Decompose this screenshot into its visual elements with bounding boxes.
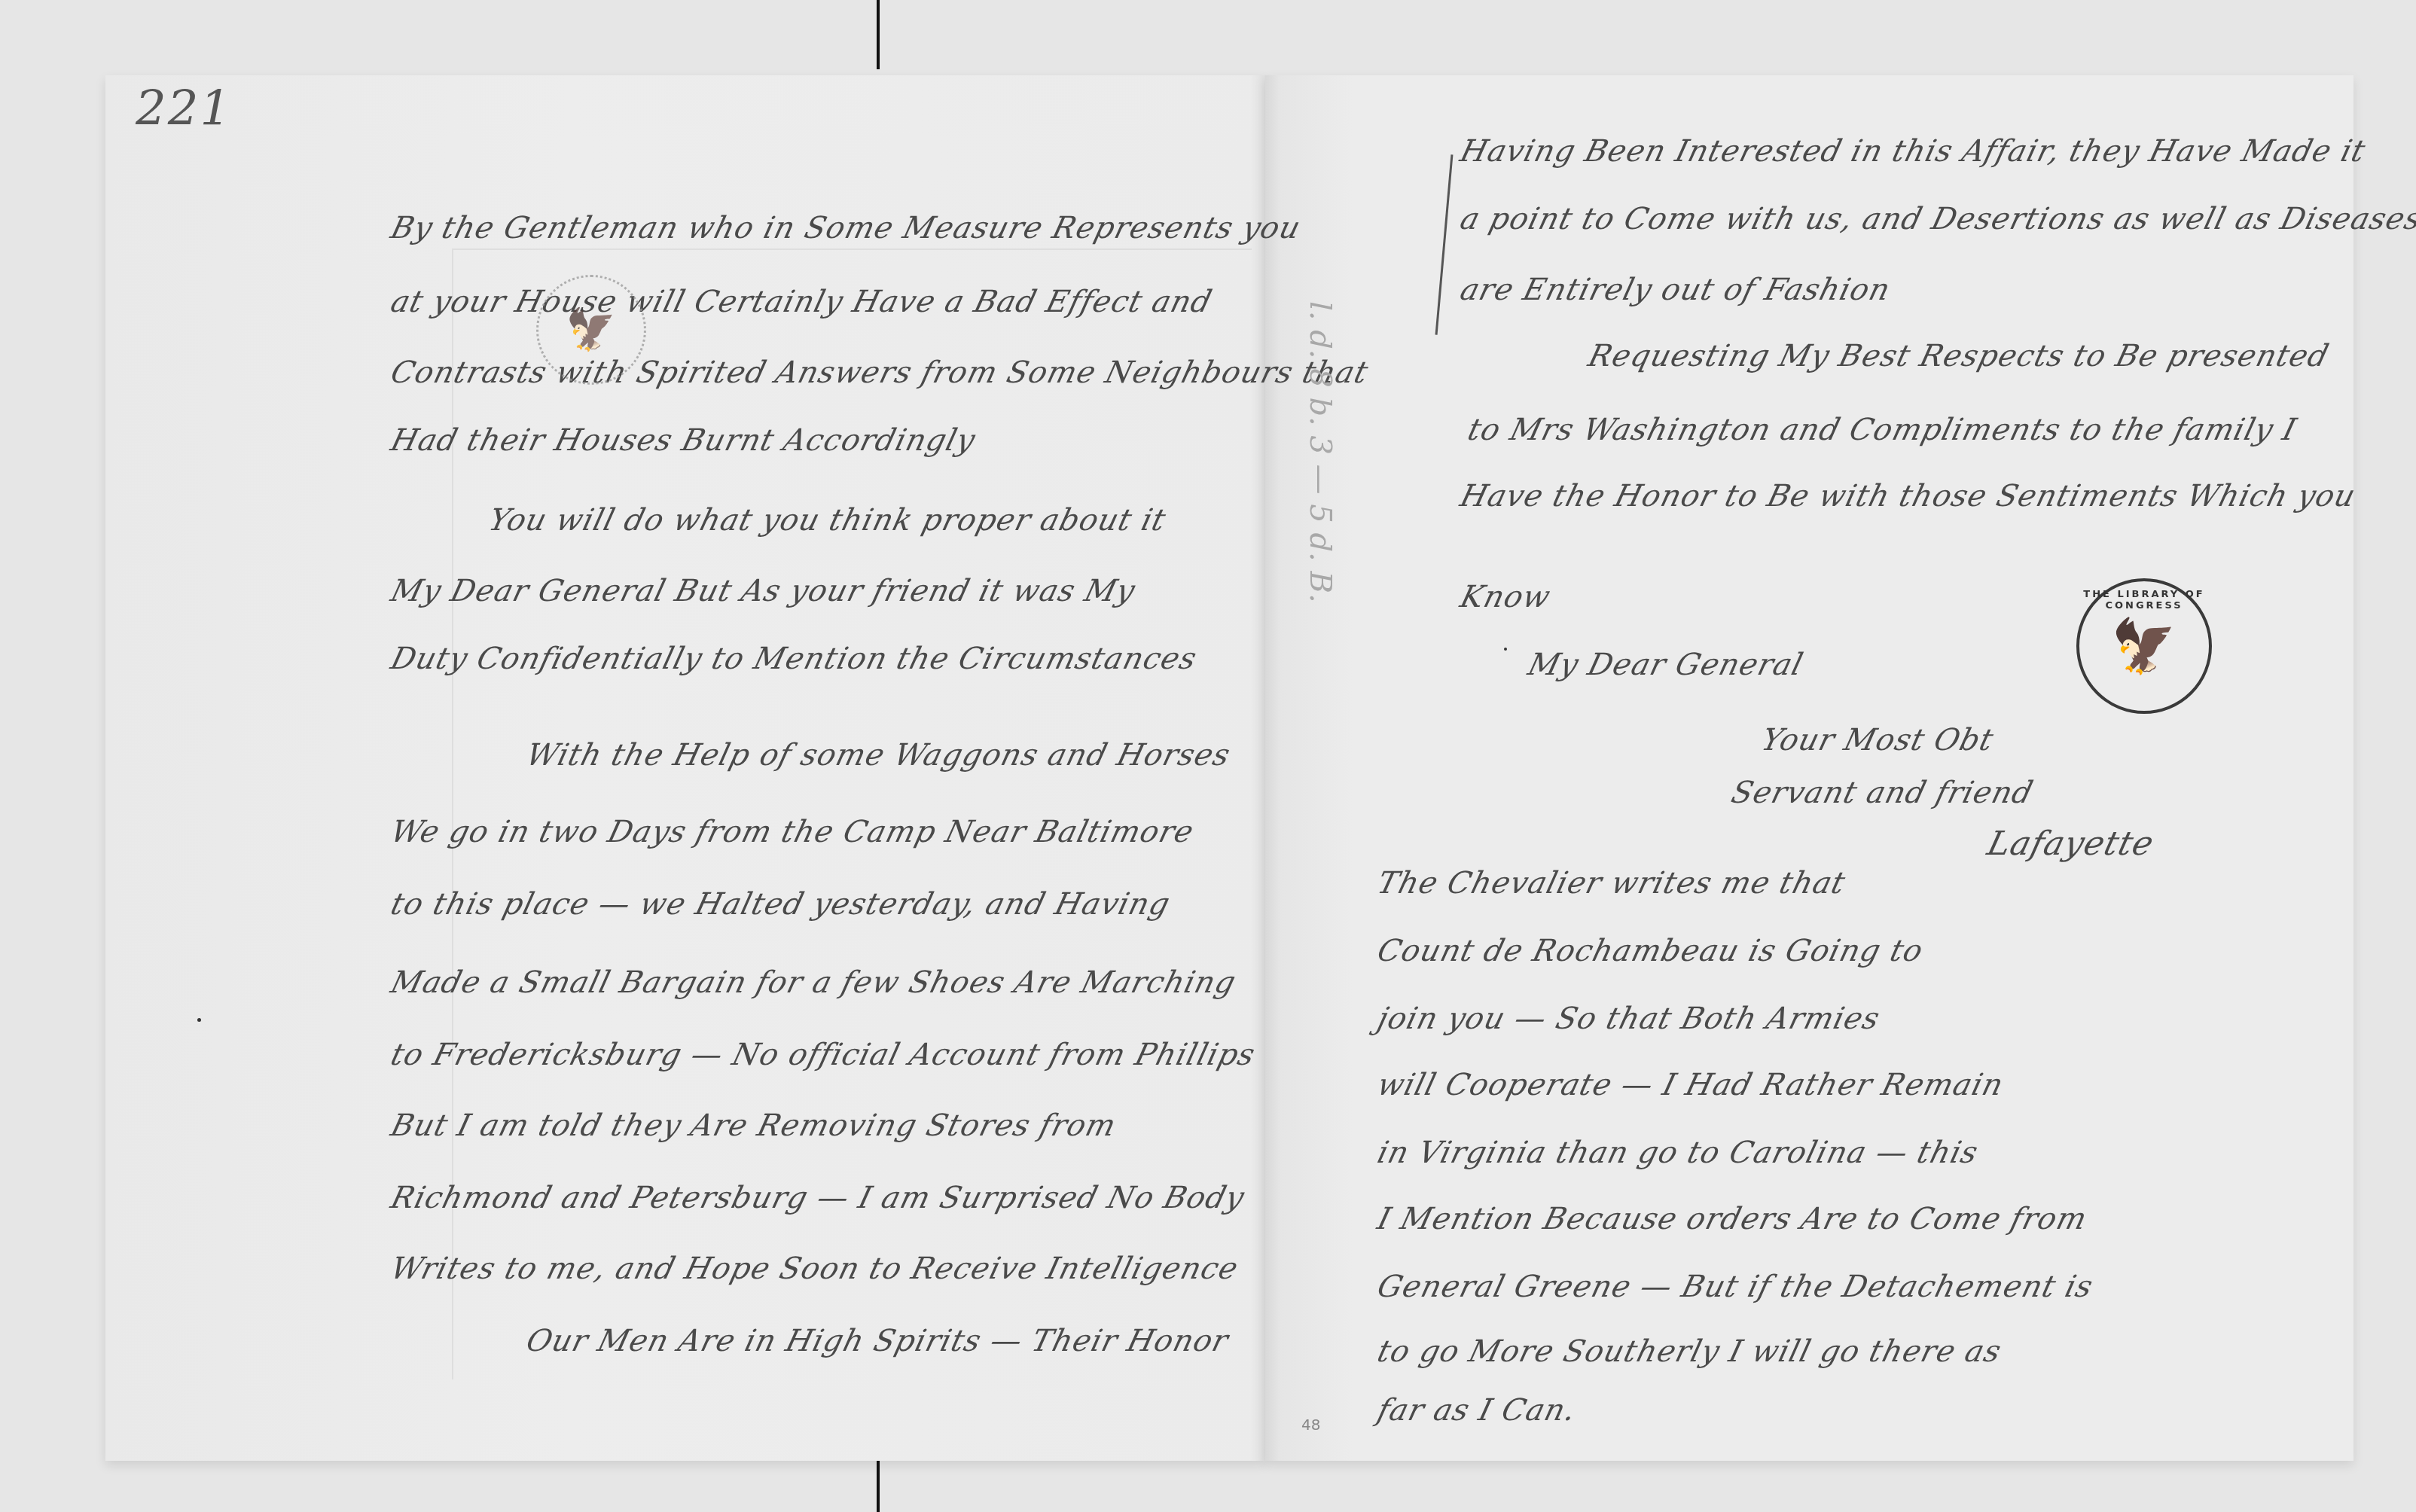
right-line-4: Requesting My Best Respects to Be presen… (1585, 339, 2332, 373)
bleed-through-text: l. d. 8 b. 3 — 5 d. B. (1300, 301, 1341, 603)
ink-speck (197, 1018, 201, 1022)
closing-line-2: Servant and friend (1728, 776, 2036, 810)
library-of-congress-stamp: THE LIBRARY OF CONGRESS 🦅 (2076, 578, 2212, 714)
ink-speck (1504, 648, 1507, 651)
right-line-2: a point to Come with us, and Desertions … (1457, 202, 2416, 236)
left-line-1: By the Gentleman who in Some Measure Rep… (387, 211, 1304, 245)
signature: Lafayette (1984, 825, 2158, 863)
faint-library-stamp: 🦅 (536, 275, 646, 385)
postscript-line-6: I Mention Because orders Are to Come fro… (1374, 1202, 2091, 1236)
eagle-icon: 🦅 (566, 309, 616, 350)
postscript-line-9: far as I Can. (1374, 1393, 1580, 1428)
page-fold (1250, 75, 1280, 1461)
postscript-line-1: The Chevalier writes me that (1374, 866, 1849, 901)
right-line-1: Having Been Interested in this Affair, t… (1457, 134, 2369, 169)
left-line-6: My Dear General But As your friend it wa… (387, 574, 1139, 608)
left-line-11: Made a Small Bargain for a few Shoes Are… (387, 965, 1240, 1000)
scanner-guide-line-bottom (877, 1461, 880, 1512)
left-line-14: Richmond and Petersburg — I am Surprised… (387, 1181, 1248, 1215)
right-line-5: to Mrs Washington and Compliments to the… (1464, 413, 2300, 447)
left-line-7: Duty Confidentially to Mention the Circu… (387, 642, 1200, 676)
left-line-3: Contrasts with Spirited Answers from Som… (387, 355, 1371, 390)
postscript-line-8: to go More Southerly I will go there as (1374, 1334, 2005, 1369)
left-line-15: Writes to me, and Hope Soon to Receive I… (387, 1251, 1242, 1286)
right-line-3: are Entirely out of Fashion (1457, 273, 1894, 307)
left-line-8: With the Help of some Waggons and Horses (523, 738, 1234, 773)
stamp-text: THE LIBRARY OF CONGRESS (2079, 589, 2209, 611)
left-line-9: We go in two Days from the Camp Near Bal… (387, 815, 1197, 849)
postscript-line-3: join you — So that Both Armies (1374, 1001, 1884, 1036)
postscript-line-4: will Cooperate — I Had Rather Remain (1374, 1068, 2007, 1102)
right-line-7: Know (1457, 580, 1554, 614)
left-line-2: at your House will Certainly Have a Bad … (387, 285, 1216, 319)
right-line-6: Have the Honor to Be with those Sentimen… (1457, 479, 2360, 514)
left-line-16: Our Men Are in High Spirits — Their Hono… (523, 1324, 1232, 1358)
page-number: 48 (1301, 1416, 1320, 1434)
left-line-10: to this place — we Halted yesterday, and… (387, 887, 1173, 922)
eagle-icon: 🦅 (2111, 620, 2177, 672)
postscript-line-7: General Greene — But if the Detachement … (1374, 1270, 2097, 1304)
left-line-12: to Fredericksburg — No official Account … (387, 1038, 1258, 1072)
postscript-line-5: in Virginia than go to Carolina — this (1374, 1136, 1981, 1170)
left-line-4: Had their Houses Burnt Accordingly (387, 423, 979, 458)
scanner-guide-line-top (877, 0, 880, 69)
left-line-13: But I am told they Are Removing Stores f… (387, 1108, 1120, 1143)
left-line-5: You will do what you think proper about … (485, 503, 1170, 538)
closing-line-1: Your Most Obt (1758, 723, 1997, 758)
salutation-line: My Dear General (1524, 648, 1807, 682)
folio-number: 221 (136, 81, 232, 137)
postscript-line-2: Count de Rochambeau is Going to (1374, 934, 1926, 968)
